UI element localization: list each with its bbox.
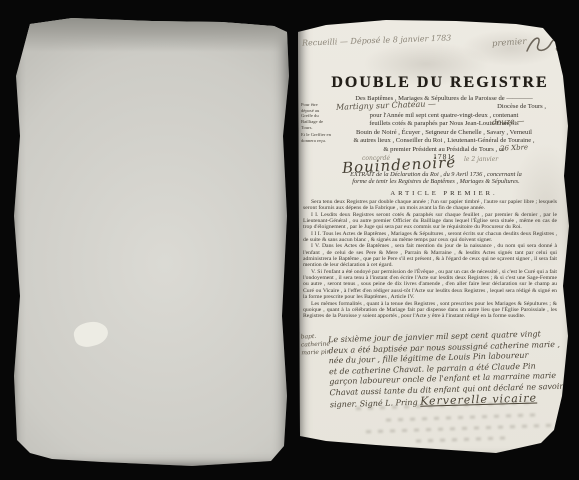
article-premier-heading: ARTICLE PREMIER. bbox=[332, 190, 556, 197]
baptism-act: Le sixième jour de janvier mil sept cent… bbox=[328, 329, 564, 411]
paraph-flourish bbox=[524, 33, 562, 57]
article-paragraph: I I. Lesdits deux Registres seront cotés… bbox=[303, 212, 557, 231]
handwritten-folio-count: douze — bbox=[492, 116, 525, 127]
extrait-line: forme de tenir les Registres de Baptêmes… bbox=[324, 178, 548, 185]
declaration-articles: Sera tenu deux Registres par double chaq… bbox=[303, 199, 557, 320]
paper-spot bbox=[72, 318, 111, 350]
page-title: DOUBLE DU REGISTRE bbox=[320, 74, 560, 92]
margin-note-greffier: Et le Greffier en donnera reçu. bbox=[301, 132, 331, 143]
ghost-annotation: le 2 janvier bbox=[464, 156, 498, 163]
extrait-heading: EXTRAIT de la Déclaration du Roi , du 9 … bbox=[324, 171, 548, 186]
article-paragraph: I I I. Tous les Actes de Baptêmes , Mari… bbox=[303, 231, 557, 244]
scanned-register-spread: Recueilli — Déposé le 8 janvier 1783 pre… bbox=[0, 0, 579, 480]
bleedthrough-marks bbox=[366, 424, 556, 434]
archival-annotation: Recueilli — Déposé le 8 janvier 1783 bbox=[302, 33, 452, 47]
act-margin-line: marie pin bbox=[301, 349, 330, 358]
bleedthrough-marks bbox=[386, 413, 536, 421]
article-paragraph: Les mêmes formalités , quant à la tenue … bbox=[303, 301, 557, 320]
margin-note-depot: Pour être déposé au Greffe du Bailliage … bbox=[301, 102, 331, 131]
bleedthrough-marks bbox=[416, 436, 506, 442]
left-page-top-shadow bbox=[12, 16, 290, 52]
register-title-page: Recueilli — Déposé le 8 janvier 1783 pre… bbox=[296, 6, 572, 458]
left-blank-page bbox=[12, 16, 290, 466]
intro-line: Bouin de Noiré , Écuyer , Seigneur de Ch… bbox=[332, 129, 556, 137]
extrait-line: EXTRAIT de la Déclaration du Roi , du 9 … bbox=[324, 171, 548, 178]
article-paragraph: Sera tenu deux Registres par double chaq… bbox=[303, 199, 557, 212]
article-paragraph: V. Si l'enfant a été ondoyé par permissi… bbox=[303, 269, 557, 301]
article-paragraph: I V. Dans les Actes de Baptêmes , sera f… bbox=[303, 243, 557, 268]
act-margin-note: bapt. catherine marie pin bbox=[301, 332, 331, 357]
premier-annotation: premier bbox=[492, 37, 527, 49]
